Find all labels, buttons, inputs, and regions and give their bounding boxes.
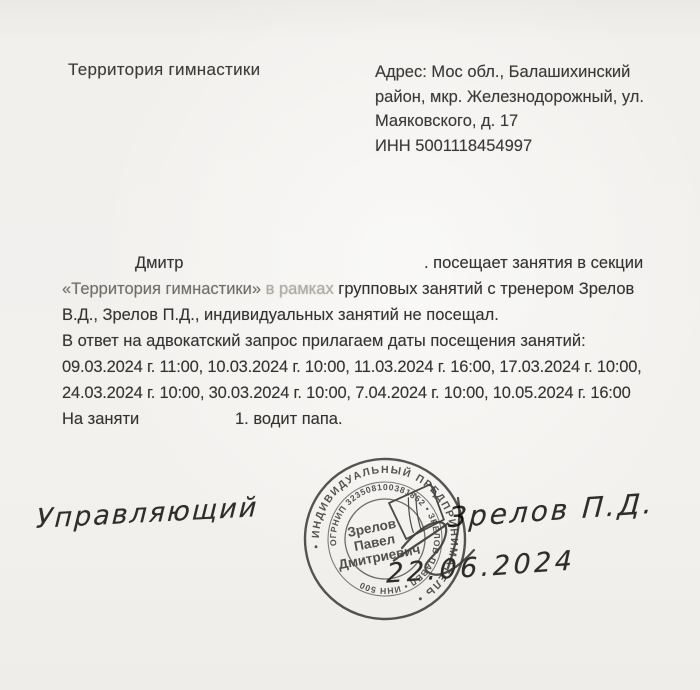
address-line: ИНН 5001118454997	[375, 134, 675, 159]
body-line-1-text: . посещает занятия в секции	[424, 250, 643, 276]
stamp-graphic: • ИНДИВИДУАЛЬНЫЙ ПРЕДПРИНИМАТЕЛЬ • ОГРНИ…	[290, 444, 480, 634]
body-line-7-start: На заняти	[62, 406, 139, 432]
org-name: Территория гимнастики	[68, 60, 260, 80]
body-line-7: На заняти 1. водит папа.	[62, 406, 666, 432]
address-line: район, мкр. Железнодорожный, ул.	[375, 85, 675, 110]
body-line-3: В.Д., Зрелов П.Д., индивидуальных заняти…	[62, 302, 666, 328]
body-line-7-text: 1. водит папа.	[235, 406, 343, 432]
letter-body: Дмитр . посещает занятия в секции «Терри…	[62, 250, 666, 432]
body-line-2-faint: в рамках	[266, 280, 334, 298]
round-stamp: • ИНДИВИДУАЛЬНЫЙ ПРЕДПРИНИМАТЕЛЬ • ОГРНИ…	[290, 444, 480, 634]
redacted-name-fragment: Дмитр	[135, 250, 183, 276]
body-line-2: «Территория гимнастики» в рамках группов…	[62, 276, 666, 302]
handwritten-role: Управляющий	[35, 492, 259, 535]
address-line: Адрес: Мос обл., Балашихинский	[375, 60, 675, 85]
body-line-2-text: групповых занятий с тренером Зрелов	[338, 280, 634, 298]
body-line-2-faded: «Территория гимнастики»	[62, 280, 261, 298]
dates-line-1: 09.03.2024 г. 11:00, 10.03.2024 г. 10:00…	[62, 354, 666, 380]
address-block: Адрес: Мос обл., Балашихинский район, мк…	[375, 60, 675, 158]
body-line-4: В ответ на адвокатский запрос прилагаем …	[62, 328, 666, 354]
scanned-letter-page: Территория гимнастики Адрес: Мос обл., Б…	[0, 0, 700, 690]
dates-line-2: 24.03.2024 г. 10:00, 30.03.2024 г. 10:00…	[62, 380, 666, 406]
address-line: Маяковского, д. 17	[375, 109, 675, 134]
body-line-1: Дмитр . посещает занятия в секции	[62, 250, 666, 276]
